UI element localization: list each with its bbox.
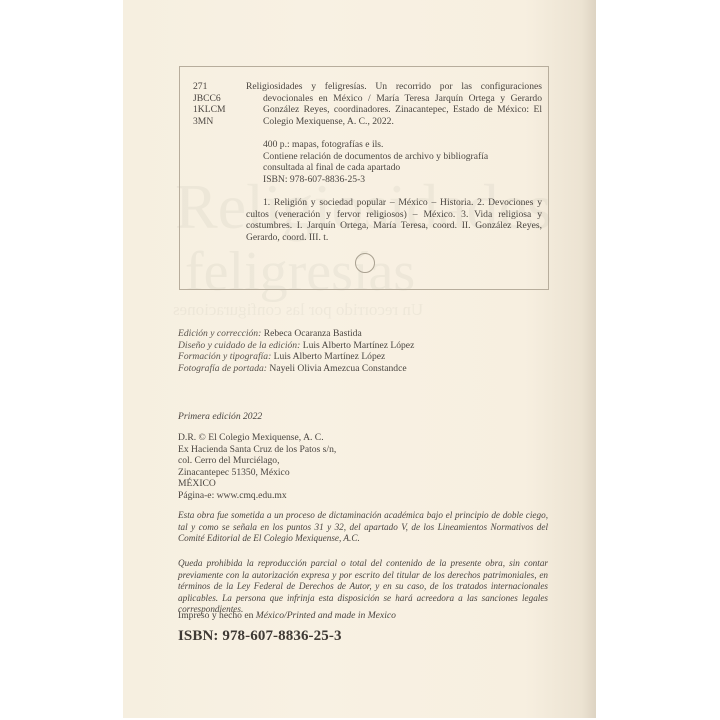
- isbn-footer: ISBN: 978-607-8836-25-3: [178, 628, 342, 645]
- address-line: MÉXICO: [178, 478, 336, 490]
- address-line: col. Cerro del Murciélago,: [178, 455, 336, 467]
- credit-role: Edición y corrección:: [178, 328, 261, 339]
- catalog-isbn: ISBN: 978-607-8836-25-3: [263, 174, 542, 186]
- note-line: consultada al final de cada apartado: [263, 162, 542, 174]
- code: 271: [193, 81, 226, 93]
- physical-description: 400 p.: mapas, fotografías e ils.: [263, 139, 542, 151]
- catalog-card: 271 JBCC6 1KLCM 3MN Religiosidades y fel…: [179, 66, 549, 290]
- code: 3MN: [193, 116, 226, 128]
- printed-spanish: Impreso y hecho en: [178, 610, 256, 621]
- credit-name: Luis Alberto Martínez López: [303, 340, 415, 351]
- book-page: Religiosidades feligresías Un recorrido …: [123, 0, 596, 718]
- description-block: 400 p.: mapas, fotografías e ils. Contie…: [263, 139, 542, 185]
- code: 1KLCM: [193, 104, 226, 116]
- note-line: Contiene relación de documentos de archi…: [263, 151, 542, 163]
- printed-english: México/Printed and made in Mexico: [256, 610, 396, 621]
- credit-role: Fotografía de portada:: [178, 363, 267, 374]
- credit-name: Rebeca Ocaranza Bastida: [264, 328, 362, 339]
- subject-headings: 1. Religión y sociedad popular – México …: [246, 197, 542, 243]
- address-line: Ex Hacienda Santa Cruz de los Patos s/n,: [178, 444, 336, 456]
- website-line: Página-e: www.cmq.edu.mx: [178, 490, 336, 502]
- code: JBCC6: [193, 93, 226, 105]
- title-statement: Religiosidades y feligresías. Un recorri…: [246, 81, 542, 127]
- credit-line: Formación y tipografía: Luis Alberto Mar…: [178, 351, 414, 363]
- credit-line: Fotografía de portada: Nayeli Olivia Ame…: [178, 363, 414, 375]
- peer-review-notice: Esta obra fue sometida a un proceso de d…: [178, 510, 548, 545]
- credit-line: Edición y corrección: Rebeca Ocaranza Ba…: [178, 328, 414, 340]
- catalog-entry: Religiosidades y feligresías. Un recorri…: [246, 81, 542, 243]
- credit-role: Diseño y cuidado de la edición:: [178, 340, 300, 351]
- credit-line: Diseño y cuidado de la edición: Luis Alb…: [178, 340, 414, 352]
- circle-logo-icon: [355, 253, 375, 273]
- printed-in: Impreso y hecho en México/Printed and ma…: [178, 610, 396, 621]
- credit-name: Nayeli Olivia Amezcua Constandce: [269, 363, 406, 374]
- show-through-tagline: Un recorrido por las configuraciones: [173, 300, 423, 320]
- credit-name: Luis Alberto Martínez López: [274, 351, 386, 362]
- address-line: D.R. © El Colegio Mexiquense, A. C.: [178, 432, 336, 444]
- classification-codes: 271 JBCC6 1KLCM 3MN: [193, 81, 226, 127]
- address-line: Zinacantepec 51350, México: [178, 467, 336, 479]
- edition-note: Primera edición 2022: [178, 411, 262, 422]
- credit-role: Formación y tipografía:: [178, 351, 271, 362]
- credits: Edición y corrección: Rebeca Ocaranza Ba…: [178, 328, 414, 374]
- publisher-address: D.R. © El Colegio Mexiquense, A. C. Ex H…: [178, 432, 336, 501]
- copyright-notice: Queda prohibida la reproducción parcial …: [178, 558, 548, 616]
